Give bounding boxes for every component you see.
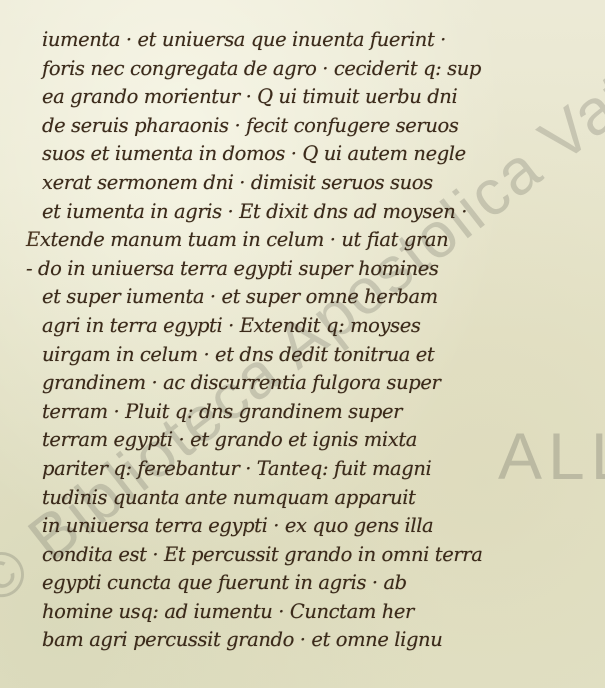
text-line-14: terram · Pluit q: dns grandinem super [42, 398, 562, 427]
text-line-6: xerat sermonem dni · dimisit seruos suos [42, 169, 562, 198]
text-line-10: et super iumenta · et super omne herbam [42, 283, 562, 312]
text-line-4: de seruis pharaonis · fecit confugere se… [42, 112, 562, 141]
text-line-8: Extende manum tuam in celum · ut fiat gr… [26, 226, 562, 255]
text-line-13: grandinem · ac discurrentia fulgora supe… [42, 369, 562, 398]
text-line-3: ea grando morientur · Q ui timuit uerbu … [42, 83, 562, 112]
text-line-9: - do in uniuersa terra egypti super homi… [26, 255, 562, 284]
text-line-5: suos et iumenta in domos · Q ui autem ne… [42, 140, 562, 169]
text-line-18: in uniuersa terra egypti · ex quo gens i… [42, 512, 562, 541]
text-line-7: et iumenta in agris · Et dixit dns ad mo… [42, 198, 562, 227]
text-line-17: tudinis quanta ante numquam apparuit [42, 484, 562, 513]
text-line-16: pariter q: ferebantur · Tanteq: fuit mag… [42, 455, 562, 484]
text-line-22: bam agri percussit grando · et omne lign… [42, 626, 562, 655]
text-line-15: terram egypti · et grando et ignis mixta [42, 426, 562, 455]
text-line-20: egypti cuncta que fuerunt in agris · ab [42, 569, 562, 598]
text-line-12: uirgam in celum · et dns dedit tonitrua … [42, 341, 562, 370]
manuscript-text-block: iumenta · et uniuersa que inuenta fuerin… [42, 26, 562, 655]
text-line-19: condita est · Et percussit grando in omn… [42, 541, 562, 570]
text-line-2: foris nec congregata de agro · ceciderit… [42, 55, 562, 84]
text-line-11: agri in terra egypti · Extendit q: moyse… [42, 312, 562, 341]
text-line-1: iumenta · et uniuersa que inuenta fuerin… [42, 26, 562, 55]
text-line-21: homine usq: ad iumentu · Cunctam her [42, 598, 562, 627]
